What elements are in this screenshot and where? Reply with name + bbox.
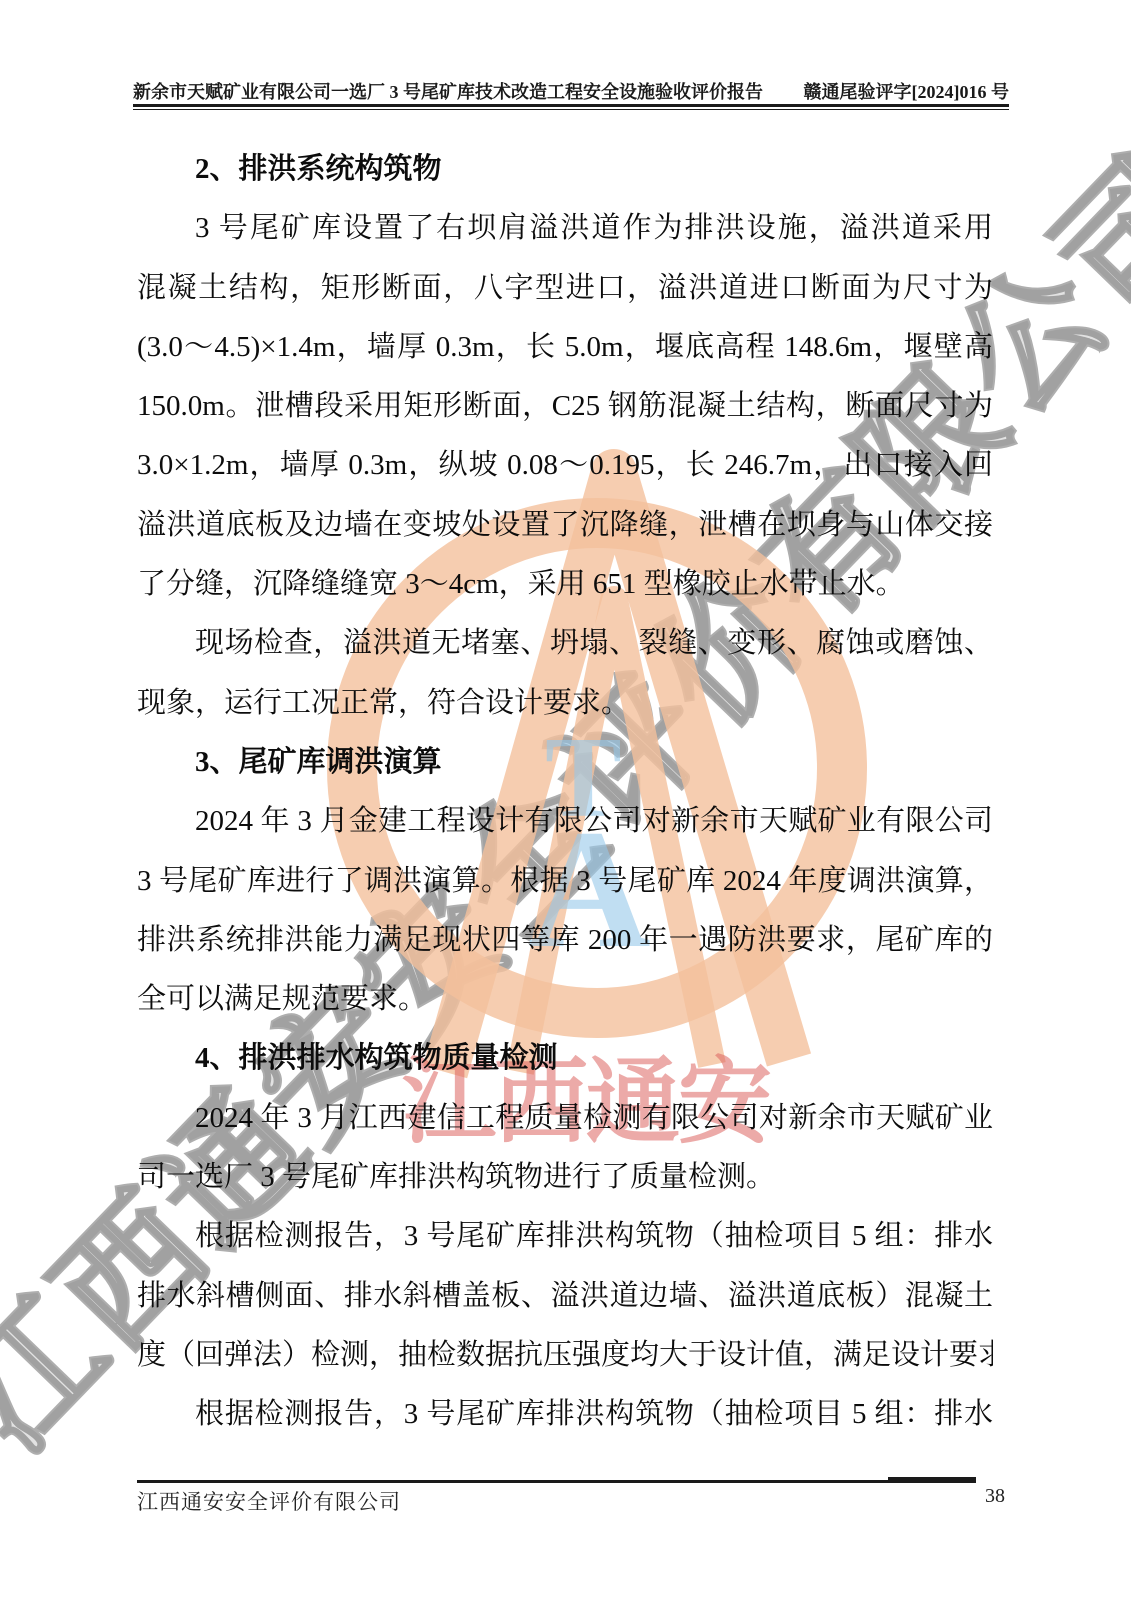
body-line: 根据检测报告，3 号尾矿库排洪构筑物（抽检项目 5 组：排水井井身、 <box>137 1207 993 1266</box>
body-line: 排水斜槽侧面、排水斜槽盖板、溢洪道边墙、溢洪道底板）混凝土抗压强 <box>137 1267 993 1326</box>
footer-company-name: 江西通安安全评价有限公司 <box>137 1486 401 1516</box>
header-rule-bottom <box>133 109 1009 110</box>
body-line: 混凝土结构，矩形断面，八字型进口，溢洪道进口断面为尺寸为 B×H＝ <box>137 259 993 318</box>
report-page: 江西通安安全评价有限公司 T A 江西通安 新余市天赋矿业有限公司一选厂 3 号… <box>0 0 1131 1600</box>
body-line: 全可以满足规范要求。 <box>137 970 993 1029</box>
body-line: 现象，运行工况正常，符合设计要求。 <box>137 674 993 733</box>
body-line: 2024 年 3 月江西建信工程质量检测有限公司对新余市天赋矿业有限公 <box>137 1089 993 1148</box>
header-report-title: 新余市天赋矿业有限公司一选厂 3 号尾矿库技术改造工程安全设施验收评价报告 <box>133 78 763 104</box>
body-line: 3 号尾矿库进行了调洪演算。根据 3 号尾矿库 2024 年度调洪演算，尾矿库 <box>137 852 993 911</box>
body-line: 现场检查，溢洪道无堵塞、坍塌、裂缝、变形、腐蚀或磨蚀、漏砂等 <box>137 614 993 673</box>
header-doc-number: 赣通尾验评字[2024]016 号 <box>804 78 1010 104</box>
page-number: 38 <box>985 1485 1005 1508</box>
body-line: 了分缝，沉降缝缝宽 3～4cm，采用 651 型橡胶止水带止水。 <box>137 555 993 614</box>
body-line: 排洪系统排洪能力满足现状四等库 200 年一遇防洪要求，尾矿库的防洪安 <box>137 911 993 970</box>
section-heading: 4、排洪排水构筑物质量检测 <box>137 1029 993 1088</box>
section-heading: 3、尾矿库调洪演算 <box>137 733 993 792</box>
footer-rule-thick-segment <box>888 1477 976 1482</box>
header-rule-top <box>133 104 1009 107</box>
footer-rule <box>137 1480 976 1483</box>
body-line: 根据检测报告，3 号尾矿库排洪构筑物（抽检项目 5 组：排水井井身、 <box>137 1385 993 1444</box>
body-line: (3.0～4.5)×1.4m，墙厚 0.3m，长 5.0m，堰底高程 148.6… <box>137 318 993 377</box>
body-line: 3 号尾矿库设置了右坝肩溢洪道作为排洪设施，溢洪道采用 C25 钢筋 <box>137 199 993 258</box>
body-line: 度（回弹法）检测，抽检数据抗压强度均大于设计值，满足设计要求。 <box>137 1326 993 1385</box>
body-lines: 2、排洪系统构筑物3 号尾矿库设置了右坝肩溢洪道作为排洪设施，溢洪道采用 C25… <box>137 140 993 1445</box>
body-line: 3.0×1.2m，墙厚 0.3m，纵坡 0.08～0.195，长 246.7m，… <box>137 436 993 495</box>
body-line: 2024 年 3 月金建工程设计有限公司对新余市天赋矿业有限公司一选厂 <box>137 792 993 851</box>
body-line: 司一选厂 3 号尾矿库排洪构筑物进行了质量检测。 <box>137 1148 993 1207</box>
body-line: 溢洪道底板及边墙在变坡处设置了沉降缝，泄槽在坝身与山体交接处设置 <box>137 496 993 555</box>
body-line: 150.0m。泄槽段采用矩形断面，C25 钢筋混凝土结构，断面尺寸为 B×H= <box>137 377 993 436</box>
section-heading: 2、排洪系统构筑物 <box>137 140 993 199</box>
page-header: 新余市天赋矿业有限公司一选厂 3 号尾矿库技术改造工程安全设施验收评价报告 赣通… <box>133 78 1009 104</box>
